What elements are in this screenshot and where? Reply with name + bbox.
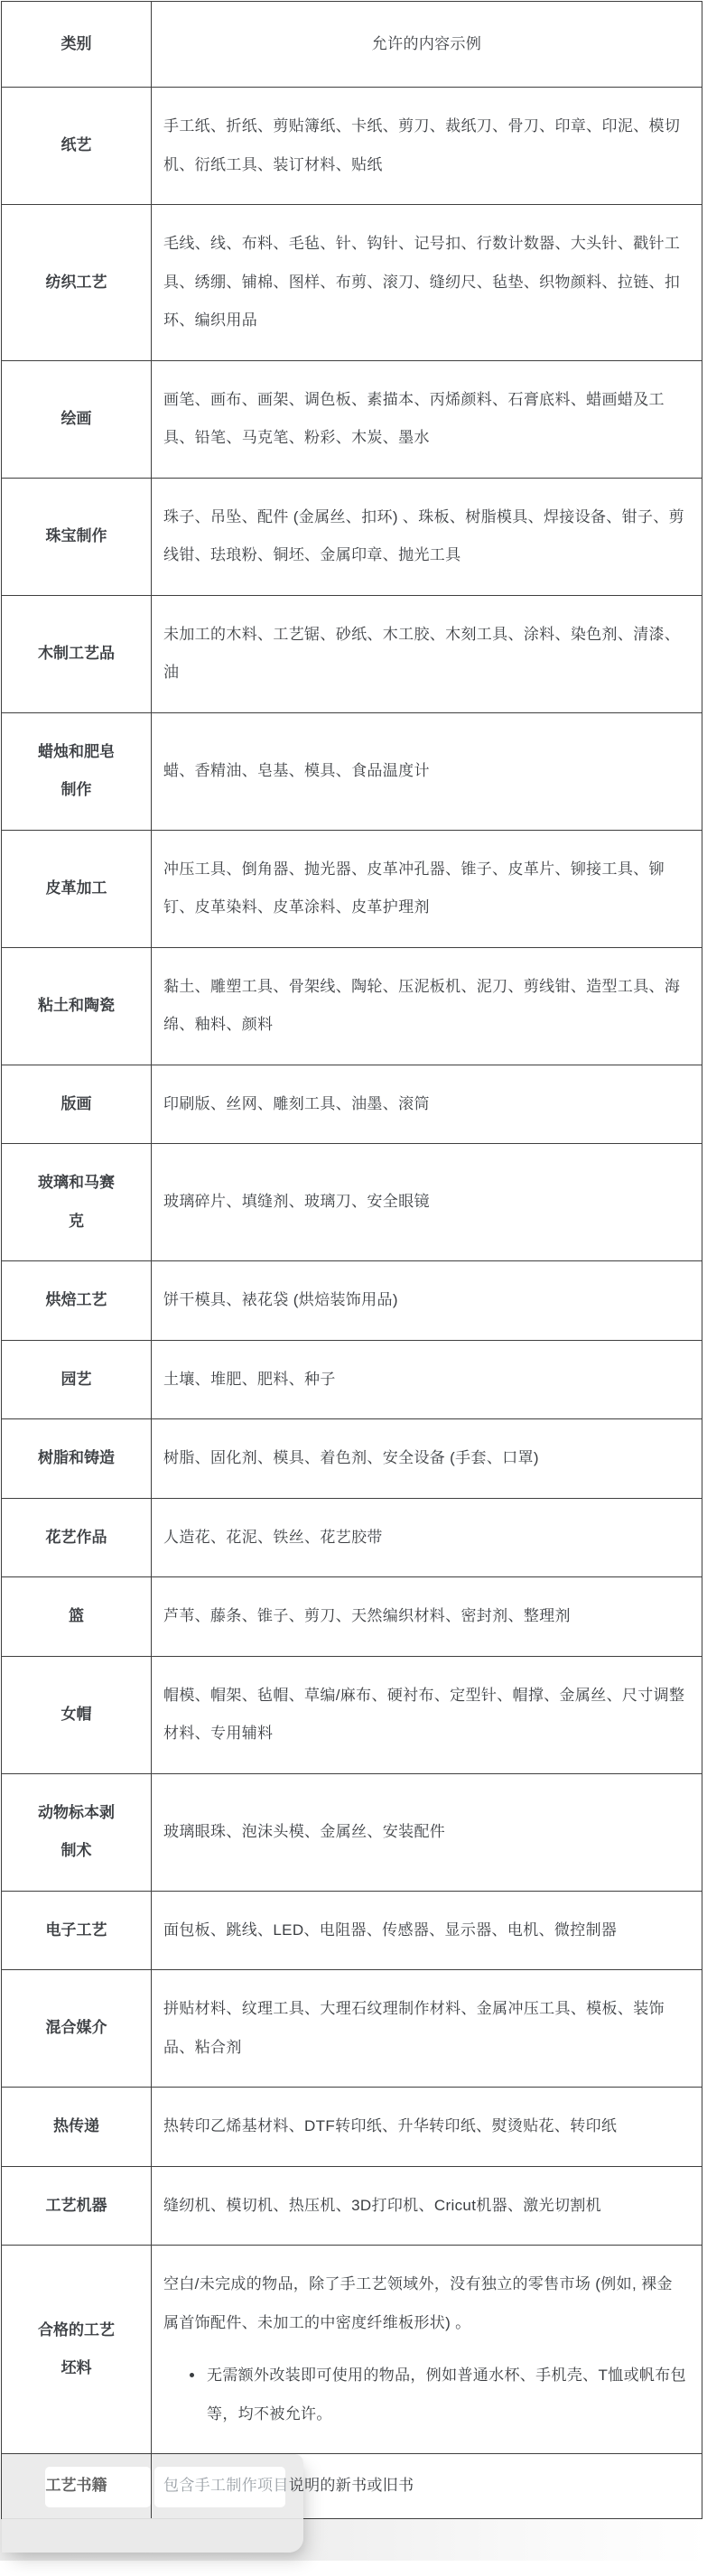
- category-cell: 园艺: [2, 1341, 152, 1419]
- table-row: 木制工艺品未加工的木料、工艺锯、砂纸、木工胶、木刻工具、涂料、染色剂、清漆、油: [2, 595, 702, 712]
- category-cell: 混合媒介: [2, 1970, 152, 2087]
- table-row: 园艺土壤、堆肥、肥料、种子: [2, 1340, 702, 1419]
- examples-cell: 饼干模具、裱花袋 (烘焙装饰用品): [152, 1261, 702, 1340]
- table-row: 纺织工艺毛线、线、布料、毛毡、针、钩针、记号扣、行数计数器、大头针、戳针工具、绣…: [2, 204, 702, 360]
- category-cell: 热传递: [2, 2088, 152, 2166]
- header-examples: 允许的内容示例: [152, 2, 702, 87]
- table-row: 粘土和陶瓷黏土、雕塑工具、骨架线、陶轮、压泥板机、泥刀、剪线钳、造型工具、海绵、…: [2, 947, 702, 1065]
- examples-cell: 土壤、堆肥、肥料、种子: [152, 1341, 702, 1419]
- category-cell: 纺织工艺: [2, 205, 152, 360]
- examples-cell: 毛线、线、布料、毛毡、针、钩针、记号扣、行数计数器、大头针、戳针工具、绣绷、铺棉…: [152, 205, 702, 360]
- category-cell: 电子工艺: [2, 1892, 152, 1970]
- table-row: 珠宝制作珠子、吊坠、配件 (金属丝、扣环) 、珠板、树脂模具、焊接设备、钳子、剪…: [2, 478, 702, 595]
- examples-cell: 印刷版、丝网、雕刻工具、油墨、滚筒: [152, 1065, 702, 1144]
- examples-cell: 未加工的木料、工艺锯、砂纸、木工胶、木刻工具、涂料、染色剂、清漆、油: [152, 596, 702, 712]
- examples-cell: 画笔、画布、画架、调色板、素描本、丙烯颜料、石膏底料、蜡画蜡及工具、铅笔、马克笔…: [152, 361, 702, 478]
- examples-highlight-text: 包含手工制作项目: [163, 2477, 289, 2494]
- category-cell: 树脂和铸造: [2, 1419, 152, 1498]
- header-category: 类别: [2, 2, 152, 87]
- category-cell: 玻璃和马赛克: [2, 1144, 152, 1260]
- examples-cell: 树脂、固化剂、模具、着色剂、安全设备 (手套、口罩): [152, 1419, 702, 1498]
- category-cell: 动物标本剥制术: [2, 1774, 152, 1891]
- table-row: 版画印刷版、丝网、雕刻工具、油墨、滚筒: [2, 1065, 702, 1144]
- examples-cell: 芦苇、藤条、锥子、剪刀、天然编织材料、密封剂、整理剂: [152, 1577, 702, 1656]
- category-cell: 合格的工艺坯料: [2, 2246, 152, 2453]
- table-row: 工艺书籍包含手工制作项目说明的新书或旧书: [2, 2453, 702, 2518]
- table-row: 电子工艺面包板、跳线、LED、电阻器、传感器、显示器、电机、微控制器: [2, 1891, 702, 1970]
- examples-cell: 玻璃碎片、填缝剂、玻璃刀、安全眼镜: [152, 1144, 702, 1260]
- table-header-row: 类别 允许的内容示例: [2, 2, 702, 87]
- category-cell: 蜡烛和肥皂制作: [2, 713, 152, 830]
- table-row: 皮革加工冲压工具、倒角器、抛光器、皮革冲孔器、锥子、皮革片、铆接工具、铆钉、皮革…: [2, 830, 702, 947]
- category-cell: 篮: [2, 1577, 152, 1656]
- examples-cell: 冲压工具、倒角器、抛光器、皮革冲孔器、锥子、皮革片、铆接工具、铆钉、皮革染料、皮…: [152, 831, 702, 947]
- examples-cell: 空白/未完成的物品，除了手工艺领域外，没有独立的零售市场 (例如, 裸金属首饰配…: [152, 2246, 702, 2453]
- category-cell: 烘焙工艺: [2, 1261, 152, 1340]
- category-cell: 粘土和陶瓷: [2, 948, 152, 1065]
- examples-cell: 面包板、跳线、LED、电阻器、传感器、显示器、电机、微控制器: [152, 1892, 702, 1970]
- table-row: 篮芦苇、藤条、锥子、剪刀、天然编织材料、密封剂、整理剂: [2, 1576, 702, 1656]
- table-row: 混合媒介拼贴材料、纹理工具、大理石纹理制作材料、金属冲压工具、模板、装饰品、粘合…: [2, 1969, 702, 2087]
- examples-cell: 热转印乙烯基材料、DTF转印纸、升华转印纸、熨烫贴花、转印纸: [152, 2088, 702, 2166]
- examples-cell: 缝纫机、模切机、热压机、3D打印机、Cricut机器、激光切割机: [152, 2167, 702, 2246]
- allowed-content-table: 类别 允许的内容示例 纸艺手工纸、折纸、剪贴簿纸、卡纸、剪刀、裁纸刀、骨刀、印章…: [1, 1, 702, 2519]
- examples-bullet-list: 无需额外改装即可使用的物品，例如普通水杯、手机壳、T恤或帆布包等，均不被允许。: [163, 2357, 687, 2433]
- table-body: 纸艺手工纸、折纸、剪贴簿纸、卡纸、剪刀、裁纸刀、骨刀、印章、印泥、模切机、衍纸工…: [2, 87, 702, 2518]
- examples-cell: 蜡、香精油、皂基、模具、食品温度计: [152, 713, 702, 830]
- category-cell: 版画: [2, 1065, 152, 1144]
- examples-cell: 珠子、吊坠、配件 (金属丝、扣环) 、珠板、树脂模具、焊接设备、钳子、剪线钳、珐…: [152, 479, 702, 595]
- examples-cell: 包含手工制作项目说明的新书或旧书: [152, 2454, 702, 2518]
- examples-text: 包含手工制作项目说明的新书或旧书: [163, 2467, 687, 2506]
- examples-cell: 帽模、帽架、毡帽、草编/麻布、硬衬布、定型针、帽撑、金属丝、尺寸调整材料、专用辅…: [152, 1657, 702, 1773]
- examples-rest-text: 说明的新书或旧书: [289, 2477, 414, 2494]
- examples-cell: 黏土、雕塑工具、骨架线、陶轮、压泥板机、泥刀、剪线钳、造型工具、海绵、釉料、颜料: [152, 948, 702, 1065]
- category-cell: 木制工艺品: [2, 596, 152, 712]
- table-row: 纸艺手工纸、折纸、剪贴簿纸、卡纸、剪刀、裁纸刀、骨刀、印章、印泥、模切机、衍纸工…: [2, 87, 702, 204]
- table-row: 烘焙工艺饼干模具、裱花袋 (烘焙装饰用品): [2, 1260, 702, 1340]
- table-row: 花艺作品人造花、花泥、铁丝、花艺胶带: [2, 1498, 702, 1577]
- category-cell: 花艺作品: [2, 1499, 152, 1577]
- examples-cell: 手工纸、折纸、剪贴簿纸、卡纸、剪刀、裁纸刀、骨刀、印章、印泥、模切机、衍纸工具、…: [152, 88, 702, 204]
- table-row: 工艺机器缝纫机、模切机、热压机、3D打印机、Cricut机器、激光切割机: [2, 2166, 702, 2246]
- table-row: 蜡烛和肥皂制作蜡、香精油、皂基、模具、食品温度计: [2, 712, 702, 830]
- table-row: 玻璃和马赛克玻璃碎片、填缝剂、玻璃刀、安全眼镜: [2, 1143, 702, 1260]
- table-row: 热传递热转印乙烯基材料、DTF转印纸、升华转印纸、熨烫贴花、转印纸: [2, 2087, 702, 2166]
- table-row: 绘画画笔、画布、画架、调色板、素描本、丙烯颜料、石膏底料、蜡画蜡及工具、铅笔、马…: [2, 360, 702, 478]
- table-row: 合格的工艺坯料空白/未完成的物品，除了手工艺领域外，没有独立的零售市场 (例如,…: [2, 2245, 702, 2453]
- allowed-content-policy-page: 类别 允许的内容示例 纸艺手工纸、折纸、剪贴簿纸、卡纸、剪刀、裁纸刀、骨刀、印章…: [0, 1, 707, 2561]
- category-cell: 珠宝制作: [2, 479, 152, 595]
- category-cell: 绘画: [2, 361, 152, 478]
- examples-cell: 拼贴材料、纹理工具、大理石纹理制作材料、金属冲压工具、模板、装饰品、粘合剂: [152, 1970, 702, 2087]
- examples-bullet: 无需额外改装即可使用的物品，例如普通水杯、手机壳、T恤或帆布包等，均不被允许。: [205, 2357, 687, 2433]
- category-cell: 工艺书籍: [2, 2454, 152, 2518]
- table-row: 动物标本剥制术玻璃眼珠、泡沫头模、金属丝、安装配件: [2, 1773, 702, 1891]
- examples-paragraph: 空白/未完成的物品，除了手工艺领域外，没有独立的零售市场 (例如, 裸金属首饰配…: [163, 2265, 687, 2342]
- category-cell: 女帽: [2, 1657, 152, 1773]
- category-cell: 皮革加工: [2, 831, 152, 947]
- category-cell: 纸艺: [2, 88, 152, 204]
- examples-cell: 人造花、花泥、铁丝、花艺胶带: [152, 1499, 702, 1577]
- table-row: 树脂和铸造树脂、固化剂、模具、着色剂、安全设备 (手套、口罩): [2, 1418, 702, 1498]
- examples-cell: 玻璃眼珠、泡沫头模、金属丝、安装配件: [152, 1774, 702, 1891]
- category-cell: 工艺机器: [2, 2167, 152, 2246]
- table-row: 女帽帽模、帽架、毡帽、草编/麻布、硬衬布、定型针、帽撑、金属丝、尺寸调整材料、专…: [2, 1656, 702, 1773]
